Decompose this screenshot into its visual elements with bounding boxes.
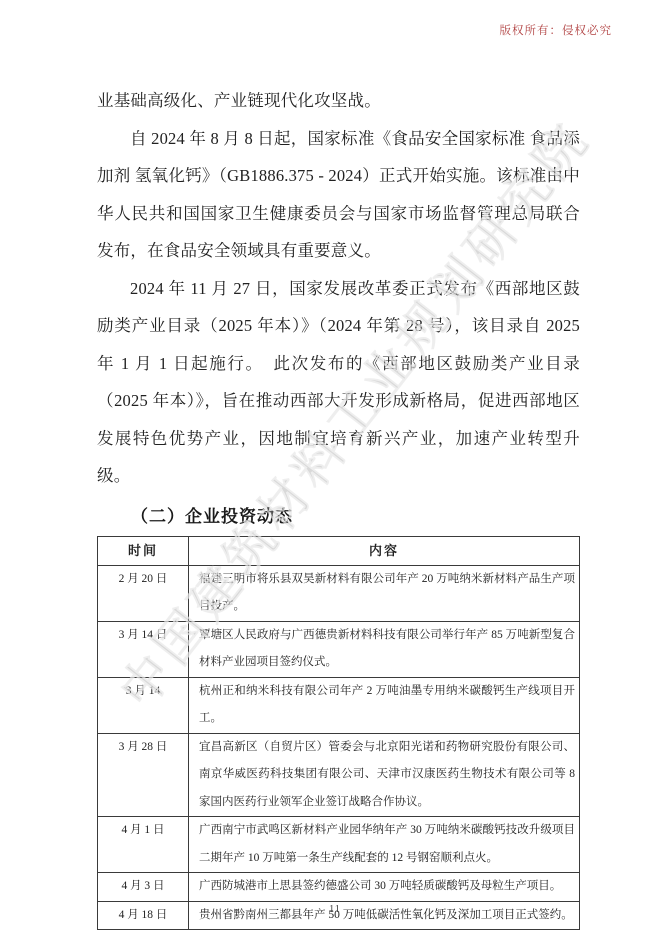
row-content: 广西防城港市上思县签约德盛公司 30 万吨轻质碳酸钙及母粒生产项目。 — [189, 873, 580, 902]
table-row: 3 月 14 日 覃塘区人民政府与广西德贵新材料科技有限公司举行年产 85 万吨… — [98, 621, 580, 677]
table-row: 4 月 3 日 广西防城港市上思县签约德盛公司 30 万吨轻质碳酸钙及母粒生产项… — [98, 873, 580, 902]
body-paragraph: 2024 年 11 月 27 日，国家发展改革委正式发布《西部地区鼓励类产业目录… — [97, 270, 580, 495]
table-row: 3 月 14 杭州正和纳米科技有限公司年产 2 万吨油墨专用纳米碳酸钙生产线项目… — [98, 677, 580, 733]
row-date: 3 月 14 日 — [98, 621, 189, 677]
row-date: 2 月 20 日 — [98, 565, 189, 621]
body-paragraph: 业基础高级化、产业链现代化攻坚战。 — [97, 82, 580, 120]
row-date: 3 月 14 — [98, 677, 189, 733]
body-paragraph: 自 2024 年 8 月 8 日起，国家标准《食品安全国家标准 食品添加剂 氢氧… — [97, 120, 580, 270]
row-date: 4 月 3 日 — [98, 873, 189, 902]
table-row: 4 月 1 日 广西南宁市武鸣区新材料产业园华纳年产 30 万吨纳米碳酸钙技改升… — [98, 817, 580, 873]
page-number: 11 — [0, 904, 670, 915]
row-date: 4 月 1 日 — [98, 817, 189, 873]
table-row: 3 月 28 日 宜昌高新区（自贸片区）管委会与北京阳光诺和药物研究股份有限公司… — [98, 733, 580, 817]
section-heading: （二）企业投资动态 — [97, 502, 580, 527]
column-header-time: 时间 — [98, 536, 189, 565]
column-header-content: 内容 — [189, 536, 580, 565]
row-content: 宜昌高新区（自贸片区）管委会与北京阳光诺和药物研究股份有限公司、南京华威医药科技… — [189, 733, 580, 817]
table-row: 2 月 20 日 福建三明市将乐县双昊新材料有限公司年产 20 万吨纳米新材料产… — [98, 565, 580, 621]
row-content: 杭州正和纳米科技有限公司年产 2 万吨油墨专用纳米碳酸钙生产线项目开工。 — [189, 677, 580, 733]
investment-dynamics-table: 时间 内容 2 月 20 日 福建三明市将乐县双昊新材料有限公司年产 20 万吨… — [97, 536, 580, 931]
copyright-notice: 版权所有：侵权必究 — [500, 22, 613, 38]
page-content: 业基础高级化、产业链现代化攻坚战。 自 2024 年 8 月 8 日起，国家标准… — [97, 82, 580, 930]
table-header-row: 时间 内容 — [98, 536, 580, 565]
row-content: 覃塘区人民政府与广西德贵新材料科技有限公司举行年产 85 万吨新型复合材料产业园… — [189, 621, 580, 677]
row-date: 3 月 28 日 — [98, 733, 189, 817]
row-content: 广西南宁市武鸣区新材料产业园华纳年产 30 万吨纳米碳酸钙技改升级项目二期年产 … — [189, 817, 580, 873]
row-content: 福建三明市将乐县双昊新材料有限公司年产 20 万吨纳米新材料产品生产项目投产。 — [189, 565, 580, 621]
document-page: 版权所有：侵权必究 中国建筑材料工业规划研究院 业基础高级化、产业链现代化攻坚战… — [0, 0, 670, 947]
